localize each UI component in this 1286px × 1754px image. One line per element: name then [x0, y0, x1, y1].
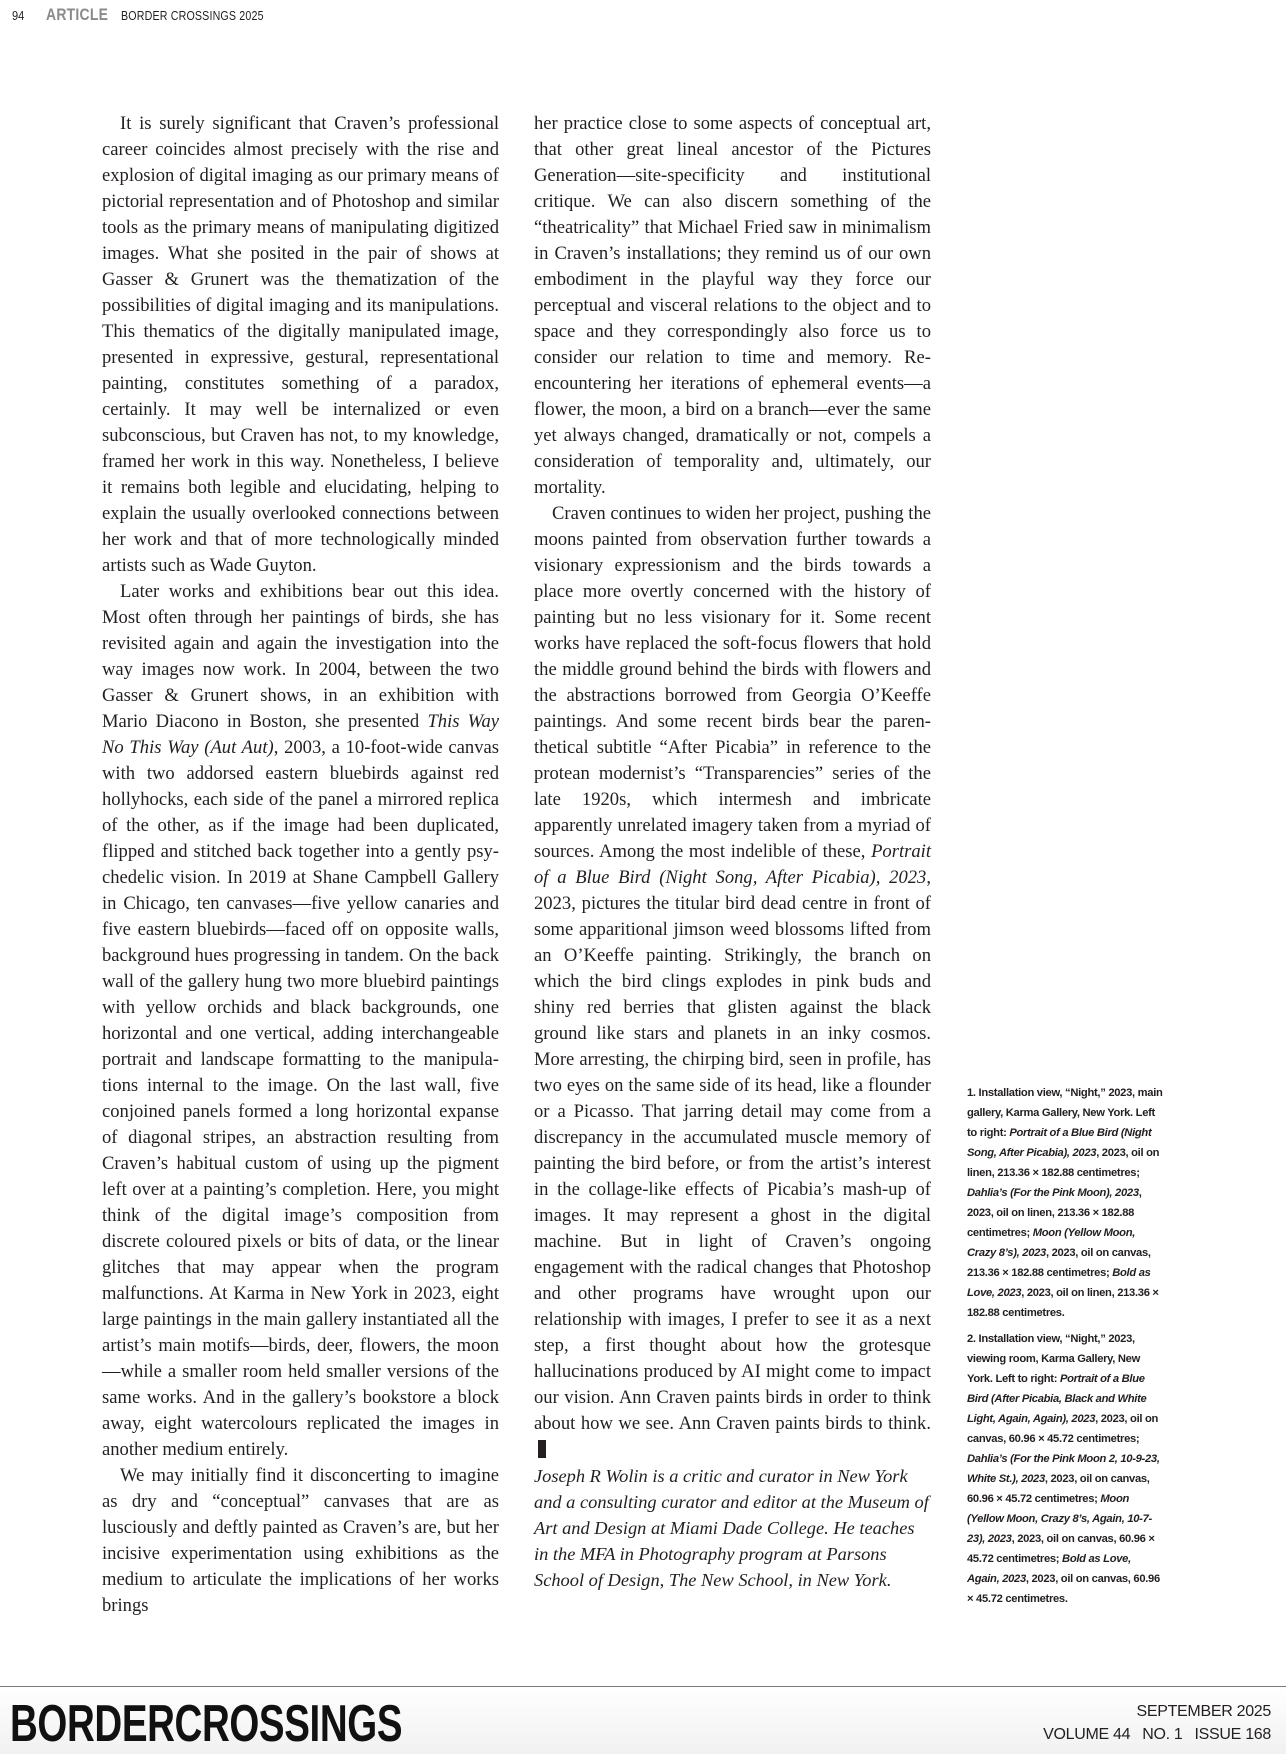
paragraph-text: , 2003, a 10-foot-wide canvas with two a…: [102, 737, 499, 1460]
running-header: 94 ARTICLE BORDER CROSSINGS 2025: [12, 5, 295, 25]
paragraph: her practice close to some aspects of co…: [534, 111, 931, 501]
caption-1: 1. Installation view, “Night,” 2023, mai…: [967, 1083, 1163, 1323]
publication-label: BORDER CROSSINGS 2025: [121, 8, 264, 23]
masthead-logo: BORDERCROSSINGS: [10, 1698, 402, 1750]
footer-divider: [0, 1686, 1286, 1687]
image-captions: 1. Installation view, “Night,” 2023, mai…: [967, 1083, 1163, 1615]
page-number: 94: [12, 8, 41, 23]
paragraph: Later works and exhibitions bear out thi…: [102, 579, 499, 1463]
author-bio: Joseph R Wolin is a critic and curator i…: [534, 1463, 931, 1593]
article-column-1: It is surely significant that Craven’s p…: [102, 111, 499, 1619]
paragraph: It is surely significant that Craven’s p…: [102, 111, 499, 579]
paragraph-text: Later works and exhibitions bear out thi…: [102, 581, 499, 732]
issue-numbers: VOLUME 44NO. 1ISSUE 168: [1043, 1723, 1271, 1746]
paragraph: Craven continues to widen her project, p…: [534, 501, 931, 1463]
paragraph-text: , 2023, pictures the titular bird dead c…: [534, 867, 931, 1434]
caption-2: 2. Installation view, “Night,” 2023, vie…: [967, 1329, 1163, 1609]
artwork-title: Dahlia’s (For the Pink Moon), 2023: [967, 1187, 1139, 1199]
paragraph: We may initially find it disconcerting t…: [102, 1463, 499, 1619]
end-of-article-mark: [538, 1440, 546, 1458]
section-label: ARTICLE: [46, 5, 108, 25]
article-column-2: her practice close to some aspects of co…: [534, 111, 931, 1593]
issue: ISSUE 168: [1195, 1726, 1271, 1743]
volume: VOLUME 44: [1043, 1726, 1130, 1743]
issue-date: SEPTEMBER 2025: [1043, 1700, 1271, 1723]
issue-info: SEPTEMBER 2025 VOLUME 44NO. 1ISSUE 168: [1043, 1700, 1271, 1746]
paragraph-text: Craven continues to widen her project, p…: [534, 503, 931, 862]
number: NO. 1: [1142, 1726, 1182, 1743]
